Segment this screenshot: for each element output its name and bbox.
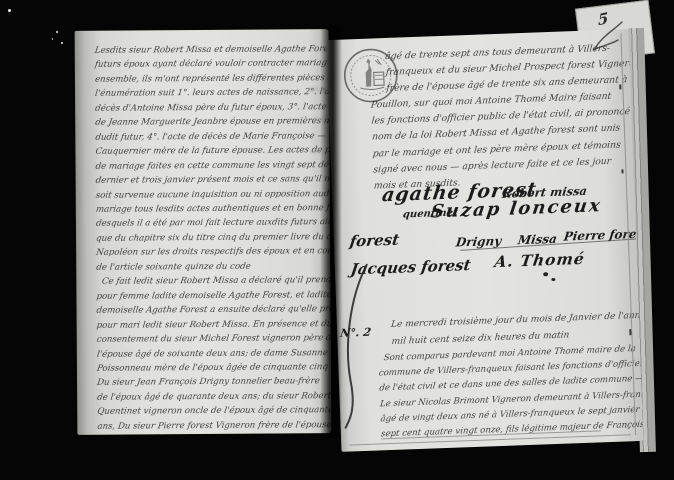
text-line: l'énumération suit 1°. leurs actes de na… <box>94 85 331 101</box>
ink-blot <box>543 272 548 276</box>
ink-blot <box>551 278 555 281</box>
margin-record-number: N°. 2 <box>339 326 372 340</box>
archival-document-scan: Lesdits sieur Robert Missa et demoiselle… <box>0 0 674 480</box>
text-line: futurs époux ayant déclaré vouloir contr… <box>94 56 332 72</box>
text-line: dernier et trois janvier présent mois et… <box>95 172 332 188</box>
text-line: de Jeanne Marguerite Jeanbre épouse en p… <box>94 114 331 130</box>
text-line: soit survenue aucune inquisition ou ni o… <box>95 186 332 202</box>
right-page-paragraph-2: Sont comparus pardevant moi Antoine Thom… <box>378 342 639 443</box>
dust-speck <box>56 31 58 33</box>
dust-speck <box>61 42 63 44</box>
ink-speck <box>629 329 631 335</box>
text-line: Du sieur Jean François Drigny tonnelier … <box>96 374 331 390</box>
ink-speck <box>621 169 623 173</box>
text-line: Cauquernier mère de la future épouse. Le… <box>94 143 331 159</box>
left-page-text: Lesdits sieur Robert Missa et demoiselle… <box>95 42 332 434</box>
right-page: âgé de trente sept ans tous demeurant à … <box>326 29 643 452</box>
bleedthrough-smudge <box>313 117 327 122</box>
text-line: desquels il a été par moi fait lecture a… <box>95 215 331 231</box>
text-line: Ce fait ledit sieur Robert Missa a décla… <box>95 273 331 289</box>
bleedthrough-smudge <box>307 87 327 92</box>
left-page: Lesdits sieur Robert Missa et demoiselle… <box>75 29 332 435</box>
dust-speck <box>8 9 11 12</box>
text-line: Napoléon sur les droits respectifs des é… <box>95 244 331 260</box>
text-line: consentement du sieur Michel Forest vign… <box>96 331 332 347</box>
signature-forest: forest <box>349 231 401 251</box>
text-line: Quentinet vigneron oncle de l'époux âgé … <box>96 403 331 419</box>
text-line: demoiselle Agathe Forest a ensuite décla… <box>96 302 332 318</box>
signatures-block: agathe forest Robert missa quentinet Suz… <box>326 29 628 40</box>
folio-flourish <box>588 20 632 64</box>
folio-mark: 5 <box>588 10 640 62</box>
text-line: l'épouse âgé de soixante deux ans; de da… <box>96 345 332 361</box>
text-line: ans, Du sieur Pierre forest Vigneron frè… <box>96 418 331 434</box>
ink-speck <box>619 84 621 89</box>
bleedthrough-smudge <box>309 149 326 153</box>
dust-speck <box>52 38 53 40</box>
signature-a-thome: A. Thomé <box>493 249 586 271</box>
